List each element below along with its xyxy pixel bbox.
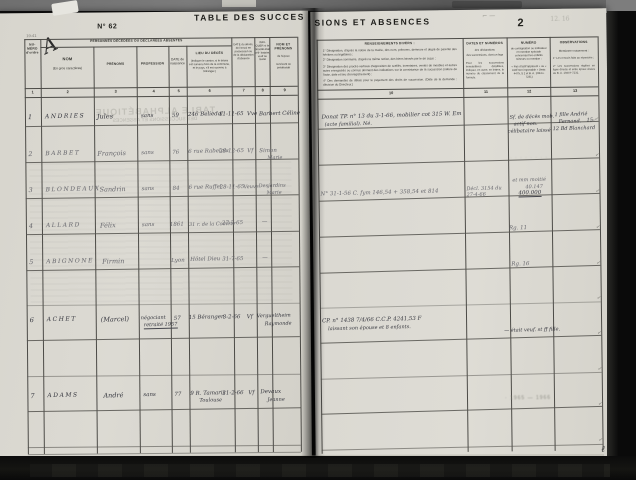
cell-observations: — était veuf. st ff fille. <box>504 326 560 333</box>
entry-rule <box>320 301 601 308</box>
entry-rule <box>25 122 298 127</box>
cell-deces: 27-7-65 <box>222 220 243 226</box>
cell-profession2: retraité 1957 <box>144 322 178 330</box>
header-date-naissance: DATE de naissance <box>168 58 186 74</box>
cell-epoux2: Raymonde <box>265 321 292 328</box>
col-number: 2 <box>67 90 69 94</box>
entry-rule <box>321 406 602 415</box>
cell-etat: Veuve <box>244 184 259 190</box>
page-title-right: SIONS ET ABSENCES <box>314 16 430 27</box>
ledger-left-page: A N° 62 19-41 TABLE DES SUCCES TABLE ALP… <box>0 11 312 460</box>
cell-declaration: Décl. 3154 du 27-4-66 <box>466 185 506 198</box>
entry-rule <box>322 444 603 451</box>
form-number: N° 62 <box>97 23 117 30</box>
cell-num: 6 <box>30 316 34 324</box>
entry-rule <box>321 372 602 380</box>
cell-nom: ANDRIES <box>45 112 85 120</box>
cell-prenom: François <box>97 149 126 158</box>
cell-deces: 8-2-66 <box>223 314 241 320</box>
cell-etat: Vf <box>248 390 254 396</box>
bottom-corner-mark: ℓ <box>601 444 605 455</box>
cell-nom: ADAMS <box>47 391 78 399</box>
cell-numero-2: actif non. <box>514 121 538 128</box>
cell-profession: sans <box>143 392 156 398</box>
cell-observations-2: Fernand. <box>559 118 582 125</box>
col-number: 7 <box>243 89 245 93</box>
col-number: 11 <box>484 90 488 94</box>
cell-epoux: Desjardins <box>259 183 286 190</box>
header-nom-sub: (En gros caractères) <box>41 67 94 76</box>
header-profession: PROFESSION <box>136 62 168 70</box>
cell-observations-3: 12 Bd Blanchard <box>553 125 596 132</box>
cell-etat: Vf <box>247 314 253 320</box>
cell-prenom: Félix <box>100 221 116 229</box>
entry-rule <box>27 336 300 341</box>
header-date-deces: DATE du décès, de l'envoi en possession … <box>232 43 253 78</box>
header-observations-p1: 1° Les renvois faits au répertoire ; <box>553 56 595 64</box>
scanned-register-page: A N° 62 19-41 TABLE DES SUCCES TABLE ALP… <box>0 0 636 480</box>
cell-naissance: 84 <box>173 186 180 192</box>
ink-smudge: · · · · · · · · <box>510 155 548 161</box>
cell-epoux: Vergueltheim <box>257 313 291 320</box>
cell-deces: 11-11-65 <box>219 111 244 118</box>
cell-deces: 28-12-65 <box>219 148 244 155</box>
header-numero: NU- MÉRO d'ordre <box>24 43 40 68</box>
page-gutter-shadow <box>301 8 325 458</box>
cell-lieu2: Toulouse <box>199 397 222 404</box>
col-number: 1 <box>32 91 34 95</box>
cell-numero-3: célibataire laissé <box>508 128 551 135</box>
cell-epoux: Barbert Céline <box>259 110 300 117</box>
cell-nom: ABIGNONE <box>46 257 94 265</box>
cell-num: 4 <box>29 222 33 230</box>
header-observations-p2: 2° Les successions réglées en ligne dire… <box>553 64 595 86</box>
header-group: PERSONNES DÉCÉDÉES OU DÉCLARÉES ABSENTES <box>40 38 231 48</box>
entry-rule <box>28 407 301 412</box>
header-epoux-sub2: survivant ou prédécédé <box>270 63 298 77</box>
cell-naissance: 57 <box>174 316 181 322</box>
col-number: 10 <box>389 91 393 95</box>
cell-nom: BARBET <box>45 149 80 157</box>
cell-observations: Rg. 11 <box>509 225 527 231</box>
column-line <box>507 37 513 451</box>
cell-naissance: 76 <box>172 150 179 156</box>
pencil-mark: 12. 16 <box>550 16 569 23</box>
cell-naissance: 59 <box>172 113 179 119</box>
cell-renseignements: N° 31-1-56 C. fym 146,54 + 358,54 et 814 <box>320 188 438 197</box>
cell-renseignements: Donat TP. n° 13 du 3-1-66, mobilier cot … <box>321 111 461 121</box>
entry-rule <box>27 374 300 377</box>
header-dates-sub2: des successions, dont un legs <box>463 53 507 60</box>
rule-line <box>317 95 598 99</box>
cell-profession: sans <box>142 186 155 192</box>
cell-prenom: André <box>103 391 123 399</box>
entry-rule <box>319 229 600 238</box>
header-lieu-deces-sub: (Indiquer le canton, si le décès est sur… <box>188 59 229 87</box>
cell-epoux: — <box>262 219 268 225</box>
cell-numero-1: Sf. de décès mob. <box>510 114 555 121</box>
cell-num: 7 <box>30 392 34 400</box>
cell-numero-1: et mm moitié <box>512 177 546 184</box>
cell-epoux: Devaux <box>260 389 281 395</box>
header-epoux-sub: de l'époux <box>269 55 297 62</box>
cell-epoux2: Marie <box>267 155 282 161</box>
cell-profession: sans <box>141 113 154 119</box>
cell-prenom: Jules <box>97 112 113 120</box>
cell-profession: négociant <box>141 315 166 322</box>
cell-profession: sans <box>142 222 155 228</box>
cell-lieu: 6 rue Ruffel <box>189 184 222 191</box>
cell-epoux: Simon <box>259 148 277 154</box>
cell-renseignements: CP. n° 1438 7/4/66 C.C.P. 4241,53 F <box>322 316 422 325</box>
cell-num: 3 <box>29 186 33 194</box>
col-number: 13 <box>573 89 577 93</box>
col-number: 9 <box>284 88 286 92</box>
column-line <box>24 39 29 454</box>
column-line <box>550 37 556 451</box>
page-number: 2 <box>517 17 523 29</box>
header-numero-sub2: « Pas d'actif apparent » ou « Actif non … <box>510 65 547 93</box>
page-title-left: TABLE DES SUCCES <box>194 12 305 23</box>
cell-lieu: 246 Beliedal <box>188 111 223 118</box>
cell-deces: 28-11-65 <box>220 184 245 191</box>
cell-naissance: Lyon <box>171 258 185 264</box>
entry-rule <box>320 335 601 344</box>
cell-num: 1 <box>28 113 32 121</box>
cell-numero-3: 400.000 <box>518 190 541 198</box>
cell-naissance: 1861 <box>170 222 184 228</box>
header-nom: NOM <box>40 57 93 67</box>
cell-nom: BLONDEAUX <box>46 185 101 193</box>
column-line <box>463 38 469 452</box>
cell-observations: Rg. 16 <box>511 261 529 267</box>
cell-prenom: Firmin <box>102 257 124 265</box>
backdrop-right-band <box>607 11 636 480</box>
cell-deces: 21-2-66 <box>222 390 243 396</box>
entry-rule <box>27 303 300 306</box>
form-reference: 19-41 <box>26 33 36 38</box>
cell-renseignements-2: (acte familial). Né. <box>325 121 372 128</box>
cell-prenom: Sandrin <box>100 185 126 194</box>
column-line <box>598 36 604 450</box>
cell-epoux: — <box>262 255 268 261</box>
cell-observations-1: 1 fille Andrié <box>554 111 587 118</box>
cell-nom: ALLARD <box>46 221 81 229</box>
entry-rule <box>318 157 599 165</box>
cell-profession: sans <box>141 150 154 156</box>
rule-line <box>25 86 298 89</box>
paper-notch <box>222 0 256 7</box>
backdrop-smear <box>452 1 522 8</box>
rule-line <box>25 95 298 98</box>
cell-epoux2: Marie <box>267 190 282 196</box>
col-number: 8 <box>262 89 264 93</box>
entry-rule <box>28 445 301 448</box>
cell-lieu: 9 R. Tamaris <box>190 390 225 397</box>
ledger-right-page: SIONS ET ABSENCES 2 ⌐ — 12. 16 RENSEIGNE… <box>310 8 611 460</box>
col-number: 12 <box>527 90 531 94</box>
col-number: 5 <box>178 89 180 93</box>
header-observations: OBSERVATIONS <box>550 40 598 49</box>
cell-num: 2 <box>28 150 32 158</box>
cell-prenom: (Marcel) <box>101 315 129 324</box>
entry-rule <box>319 265 600 274</box>
col-number: 4 <box>153 90 155 94</box>
backdrop-bottom-texture <box>30 464 610 477</box>
cell-etat: Vf <box>247 148 253 154</box>
header-indiquer: INDI- QUER si le décédé était céli- bata… <box>254 41 269 82</box>
col-number: 6 <box>209 89 211 93</box>
header-prenoms: PRÉNOMS <box>93 62 136 70</box>
cell-renseignements-2: laissant son épouse et 8 enfants. <box>328 324 411 332</box>
col-number: 3 <box>115 90 117 94</box>
cell-naissance: 77 <box>174 392 181 398</box>
cell-epoux2: Jeanne <box>267 397 284 403</box>
faded-stamp: · 1965 — 1966 · <box>505 395 556 402</box>
cell-etat: Vve <box>247 111 257 117</box>
cell-lieu: 15 Béranger <box>189 314 224 321</box>
cell-lieu: Hôtel Dieu <box>190 256 220 263</box>
cell-deces: 31-7-65 <box>222 256 243 262</box>
cell-nom: ACHET <box>47 315 77 323</box>
pencil-mark: ⌐ — <box>482 13 495 20</box>
cell-num: 5 <box>29 258 33 266</box>
